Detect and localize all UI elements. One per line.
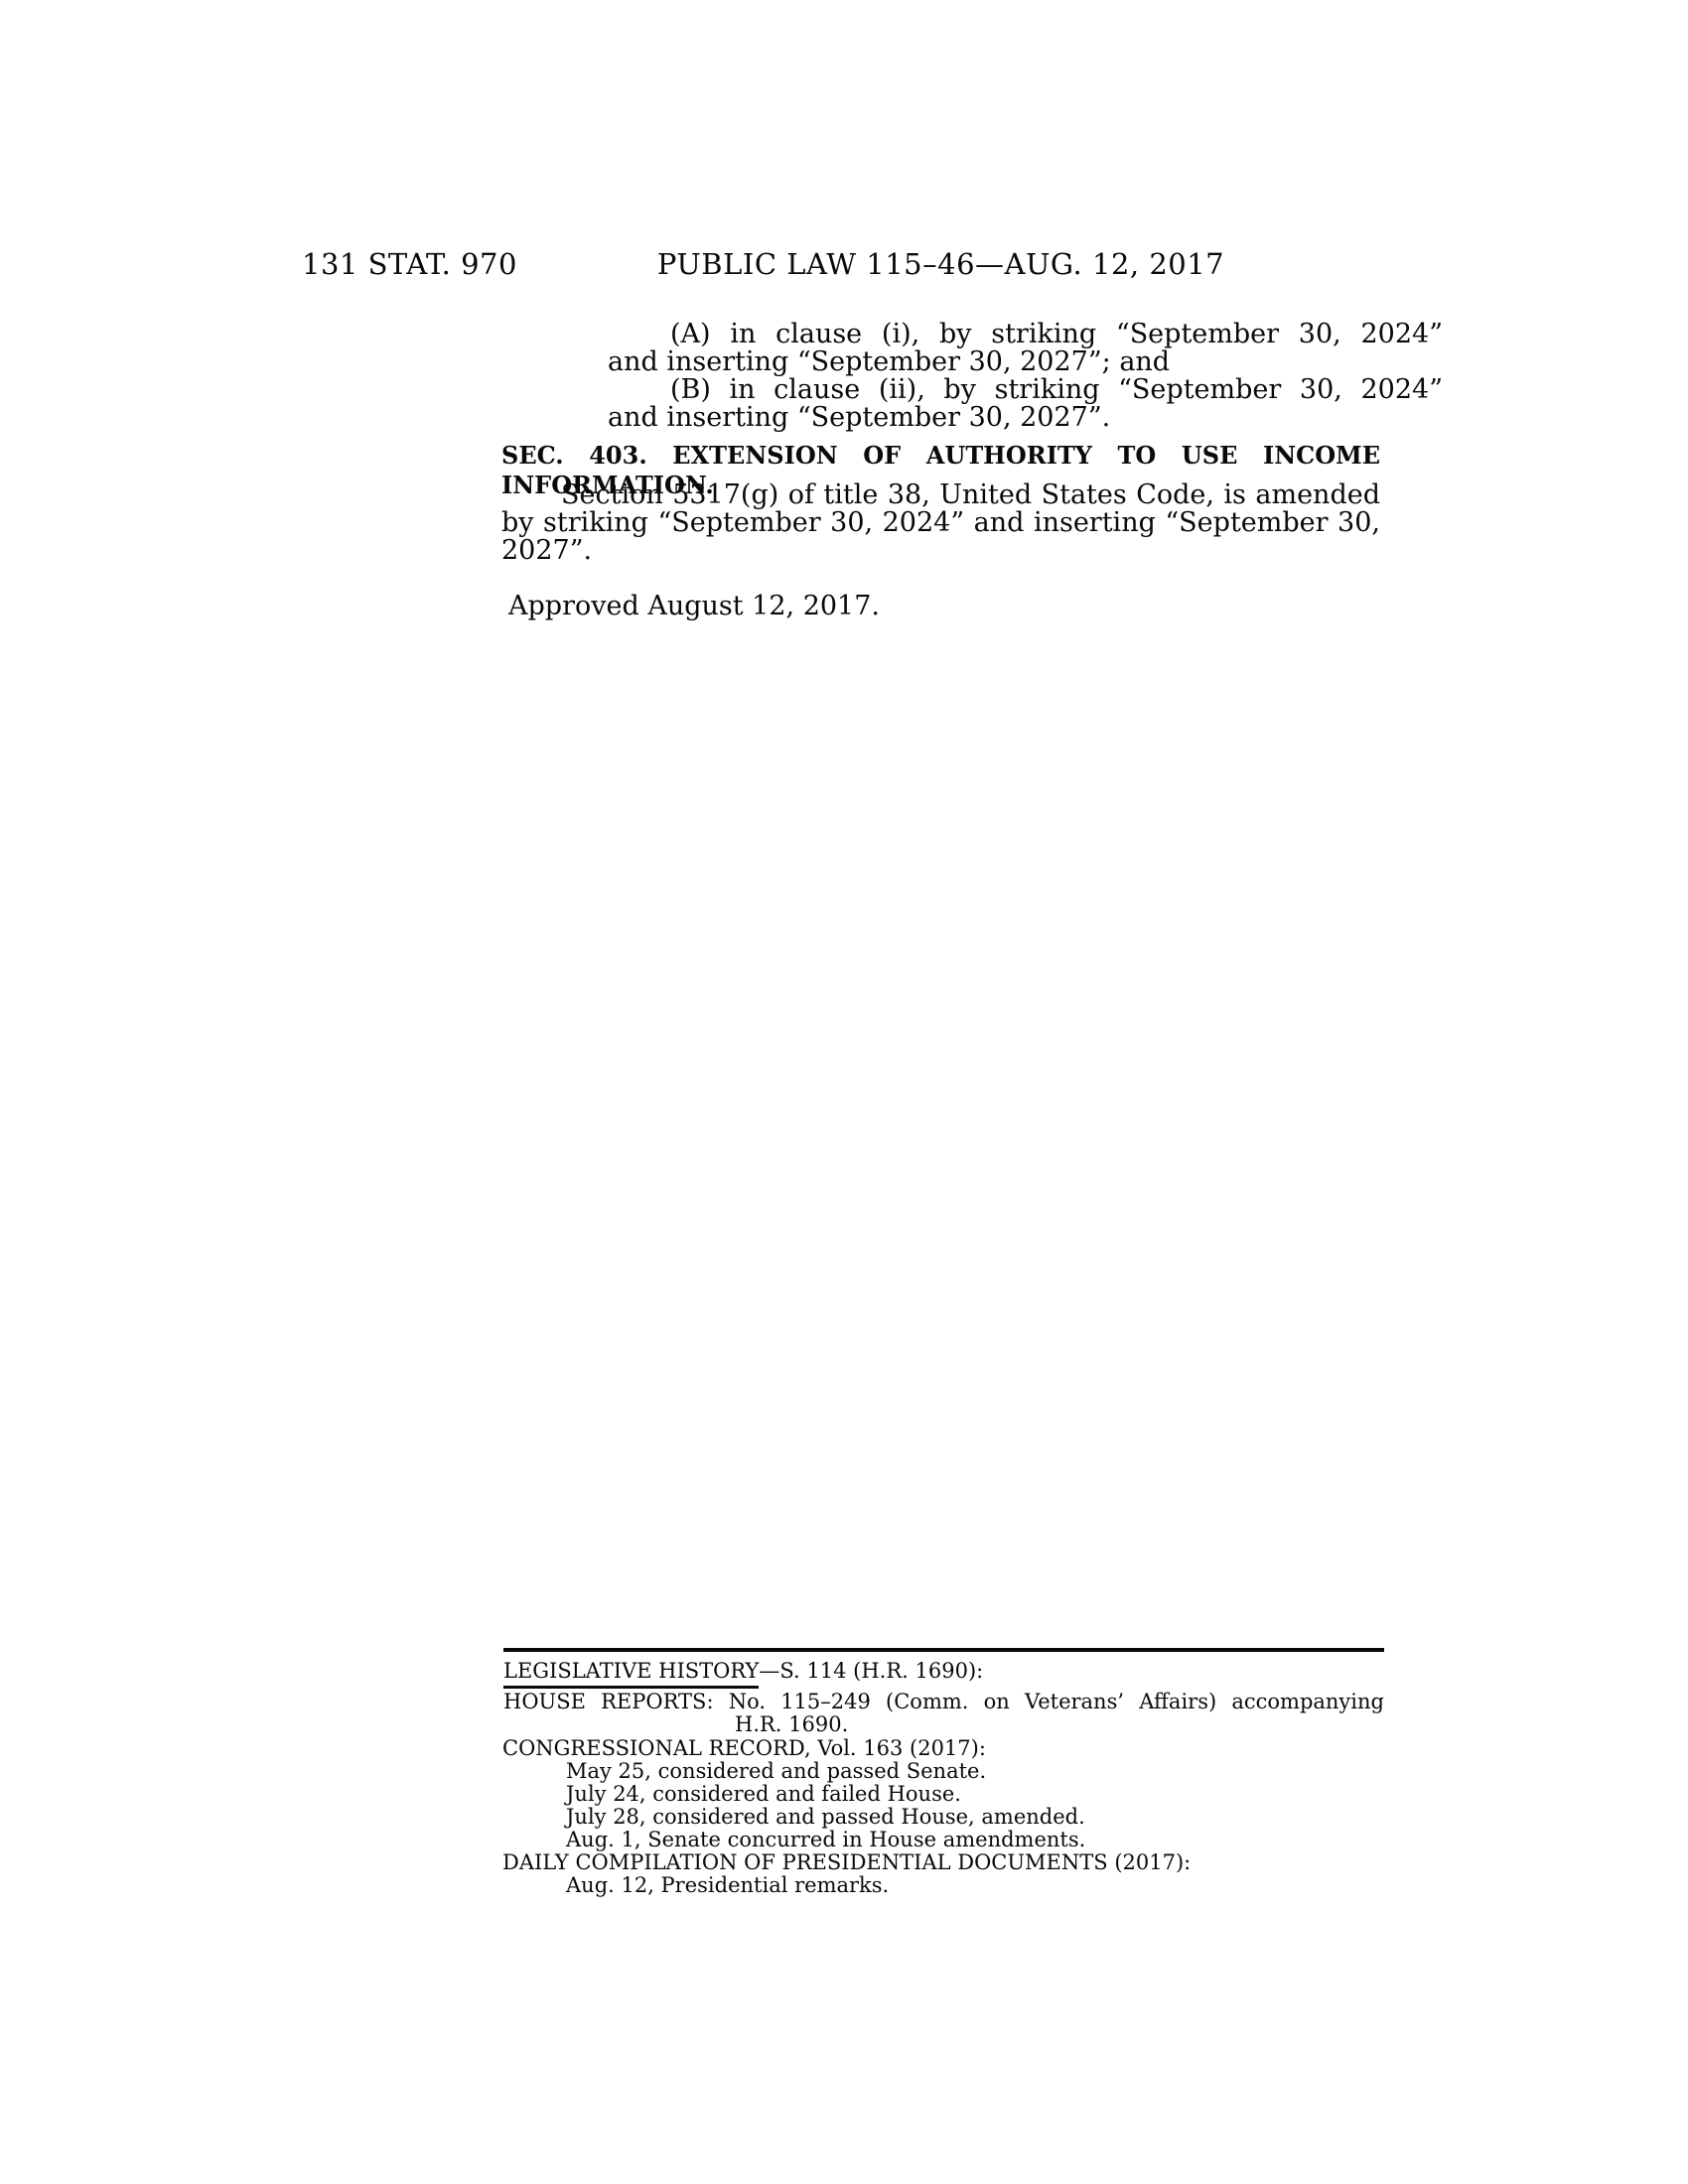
legislative-history-title-underlined: LEGISLATIVE HISTORY (503, 1659, 759, 1689)
legislative-history-title-rest: —S. 114 (H.R. 1690): (759, 1659, 983, 1683)
legislative-history-rule (503, 1648, 1384, 1652)
approval-line: Approved August 12, 2017. (508, 592, 880, 621)
daily-compilation-heading: DAILY COMPILATION OF PRESIDENTIAL DOCUME… (502, 1850, 1191, 1874)
section-403-body-line-3: 2027”. (501, 536, 592, 566)
record-entry: Aug. 1, Senate concurred in House amendm… (566, 1828, 1085, 1851)
clause-a-line-1: (A) in clause (i), by striking “Septembe… (608, 320, 1443, 349)
record-entry: May 25, considered and passed Senate. (566, 1759, 986, 1783)
daily-compilation-entry: Aug. 12, Presidential remarks. (566, 1873, 889, 1897)
record-entry: July 24, considered and failed House. (566, 1782, 961, 1806)
house-reports-line-1: HOUSE REPORTS: No. 115–249 (Comm. on Vet… (503, 1690, 1384, 1713)
section-403-body-line-1-text: Section 5317(g) of title 38, United Stat… (561, 479, 1380, 510)
clause-b-line-1: (B) in clause (ii), by striking “Septemb… (608, 375, 1443, 405)
public-law-running-head: PUBLIC LAW 115–46—AUG. 12, 2017 (501, 247, 1380, 281)
clause-b-line-2: and inserting “September 30, 2027”. (608, 403, 1110, 433)
congressional-record-heading: CONGRESSIONAL RECORD, Vol. 163 (2017): (502, 1736, 986, 1760)
stat-page-number: 131 STAT. 970 (302, 247, 517, 281)
section-403-body-line-2: by striking “September 30, 2024” and ins… (501, 508, 1380, 538)
house-reports-line-2: H.R. 1690. (735, 1712, 848, 1736)
clause-a-line-2: and inserting “September 30, 2027”; and (608, 347, 1170, 377)
record-entry: July 28, considered and passed House, am… (566, 1805, 1085, 1829)
statute-page: 131 STAT. 970 PUBLIC LAW 115–46—AUG. 12,… (0, 0, 1688, 2184)
section-403-body-line-1: Section 5317(g) of title 38, United Stat… (501, 480, 1380, 510)
legislative-history-title: LEGISLATIVE HISTORY—S. 114 (H.R. 1690): (503, 1659, 983, 1683)
